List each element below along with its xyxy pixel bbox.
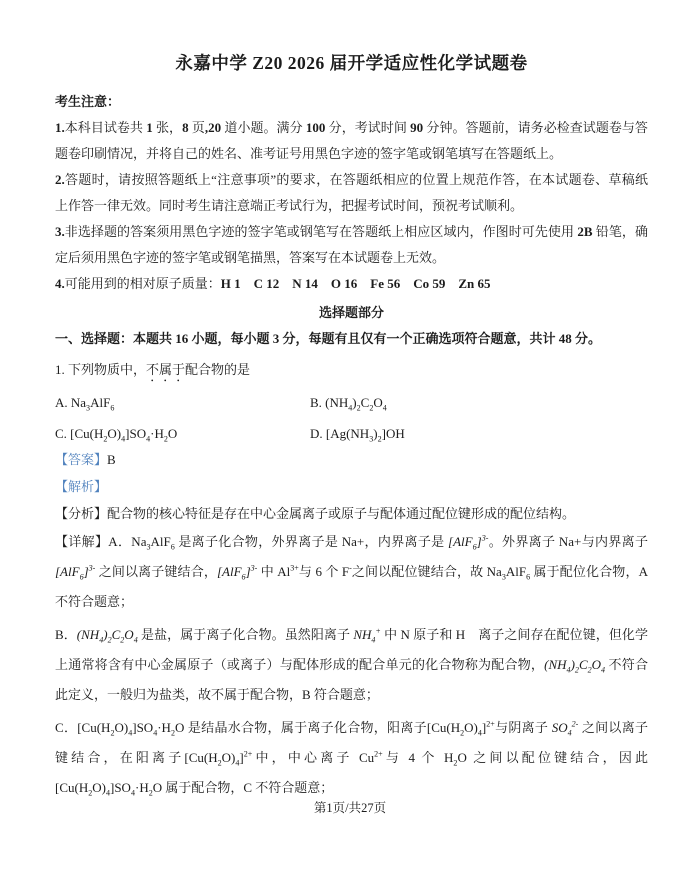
- notice-item-1: 1.本科目试卷共 1 张，8 页,20 道小题。满分 100 分，考试时间 90…: [55, 115, 648, 167]
- section-intro: 一、选择题：本题共 16 小题，每小题 3 分，每题有且仅有一个正确选项符合题意…: [55, 326, 648, 352]
- analysis-text: 【分析】配合物的核心特征是存在中心金属离子或原子与配体通过配位键形成的配位结构。: [55, 500, 648, 527]
- option-a: A. Na3AlF6: [55, 391, 310, 415]
- analysis-label: 【解析】: [55, 473, 648, 500]
- explanation-option-c: C．[Cu(H2O)4]SO4·H2O 是结晶水合物，属于离子化合物，阳离子[C…: [55, 713, 648, 803]
- notice-item-3: 3.非选择题的答案须用黑色字迹的签字笔或钢笔写在答题纸上相应区域内，作图时可先使…: [55, 219, 648, 271]
- exam-paper-page: 永嘉中学 Z20 2026 届开学适应性化学试题卷 考生注意： 1.本科目试卷共…: [0, 0, 700, 878]
- notice-heading: 考生注意：: [55, 89, 648, 115]
- page-footer: 第1页/共27页: [0, 798, 700, 816]
- option-b: B. (NH4)2C2O4: [310, 391, 648, 415]
- options-grid: A. Na3AlF6 B. (NH4)2C2O4 C. [Cu(H2O)4]SO…: [55, 391, 648, 446]
- explanation-option-b: B．(NH4)2C2O4 是盐，属于离子化合物。虽然阳离子 NH4+ 中 N 原…: [55, 620, 648, 710]
- answer-value: B: [107, 452, 116, 467]
- notice-item-2: 2.答题时，请按照答题纸上“注意事项”的要求，在答题纸相应的位置上规范作答，在本…: [55, 167, 648, 219]
- page-title: 永嘉中学 Z20 2026 届开学适应性化学试题卷: [55, 50, 648, 75]
- explanation-option-a: 【详解】A．Na3AlF6 是离子化合物，外界离子是 Na+，内界离子是 [Al…: [55, 527, 648, 617]
- option-d: D. [Ag(NH3)2]OH: [310, 422, 648, 446]
- section-heading: 选择题部分: [55, 299, 648, 326]
- answer-label: 【答案】: [55, 452, 107, 467]
- answer-line: 【答案】B: [55, 446, 648, 473]
- notice-item-4: 4.可能用到的相对原子质量：H 1 C 12 N 14 O 16 Fe 56 C…: [55, 271, 648, 297]
- question-stem: 1. 下列物质中，不属于配合物的是: [55, 357, 648, 385]
- option-c: C. [Cu(H2O)4]SO4·H2O: [55, 422, 310, 446]
